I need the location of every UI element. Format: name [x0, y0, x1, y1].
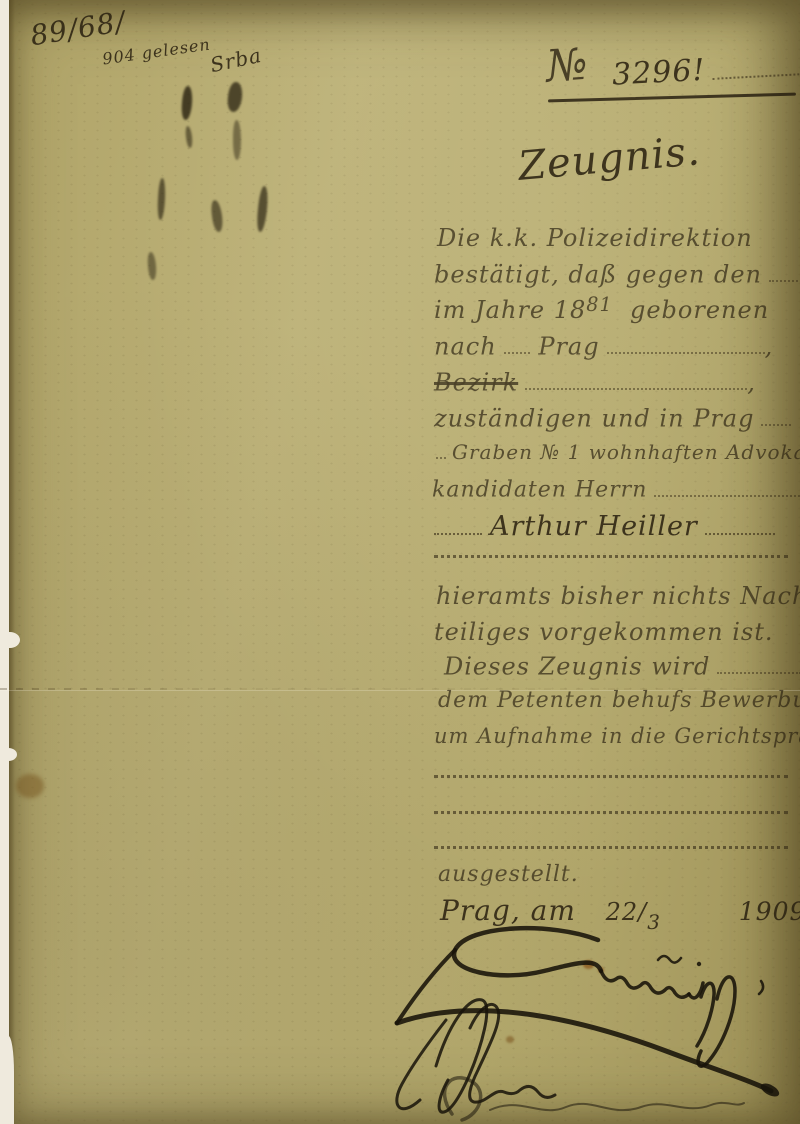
body-line-3: im Jahre 1881 geborenen — [434, 296, 769, 324]
ink-smudge-5 — [157, 178, 166, 220]
dotted-fill — [607, 332, 765, 354]
scan-edge-left — [0, 0, 9, 1124]
stain-rust-2 — [598, 967, 604, 973]
body-line-3a-text: im Jahre 18 — [434, 296, 586, 324]
body-line-6: zuständigen und in Prag — [434, 404, 791, 432]
dateline-day: 22/ — [606, 898, 648, 926]
body-line-3b-text: 81 — [586, 293, 612, 316]
ink-smudge-6 — [210, 200, 224, 233]
body-line-14-text: um Aufnahme in die Gerichtspraxis — [434, 724, 800, 748]
ref-number-text: 89/68/ — [28, 5, 128, 53]
doc-number-text: 3296! — [611, 53, 706, 93]
body-line-4a-text: nach — [434, 332, 497, 360]
body-line-1: Die k.k. Polizeidirektion — [437, 224, 753, 252]
dotted-fill — [769, 260, 800, 282]
dotted-fill — [761, 404, 791, 426]
ink-smudge-8 — [147, 252, 157, 280]
dateline-year: 1909.. — [739, 897, 800, 926]
body-line-14: um Aufnahme in die Gerichtspraxis — [434, 724, 800, 748]
recipient-name: Arthur Heiller — [490, 511, 698, 542]
torn-notch-1 — [0, 632, 20, 648]
body-line-5b-text: , — [747, 368, 756, 396]
doc-number: 3296! — [611, 47, 800, 93]
dotted-fill — [434, 510, 482, 535]
body-line-8: kandidaten Herrn — [432, 476, 800, 503]
dateline: Prag, am 22/3 1909.. — [440, 894, 800, 927]
body-line-12-text: Dieses Zeugnis wird — [444, 652, 710, 680]
stain-rust-3 — [506, 1036, 514, 1043]
ref-note-text: 904 gelesen — [101, 35, 211, 69]
body-line-5-struck-word: Bezirk — [434, 368, 518, 396]
body-line-4b-text: Prag — [538, 332, 599, 360]
ink-smudge-3 — [226, 81, 244, 113]
body-line-4c-text: , — [765, 332, 774, 360]
stain-brown-left — [16, 774, 44, 798]
dotted-fill — [705, 510, 775, 535]
doc-number-dotted-fill — [711, 47, 800, 79]
body-line-10: hieramts bisher nichts Nach- — [436, 582, 800, 610]
ref-initials-text: Srba — [208, 43, 264, 77]
ink-smudge-4 — [233, 120, 241, 160]
dotted-fill — [654, 476, 800, 497]
document-page: 89/68/ 904 gelesen Srba № 3296! Zeugnis.… — [0, 0, 800, 1124]
body-line-9: Arthur Heiller — [434, 510, 775, 542]
dotted-fill — [436, 440, 446, 459]
body-line-1-text: Die k.k. Polizeidirektion — [437, 224, 753, 252]
body-line-10-text: hieramts bisher nichts Nach- — [436, 582, 800, 610]
body-line-11-text: teiliges vorgekommen ist. — [434, 618, 774, 646]
dotted-fill — [525, 368, 747, 390]
body-line-13: dem Petenten behufs Bewerbung — [438, 688, 800, 713]
signature-primary — [397, 928, 781, 1099]
body-line-4: nach Prag, — [434, 332, 773, 360]
dotted-fill — [504, 332, 530, 354]
dateline-place: Prag, am — [440, 894, 576, 927]
dotted-line-4 — [434, 843, 788, 849]
ink-smudge-1 — [181, 86, 194, 121]
body-line-7: Graben № 1 wohnhaften Advokaten, — [436, 440, 800, 464]
signature-secondary — [397, 1000, 555, 1113]
closing-word: ausgestellt. — [438, 862, 579, 887]
body-line-13-text: dem Petenten behufs Bewerbung — [438, 688, 800, 713]
body-line-3c-text: geborenen — [630, 296, 769, 324]
ref-note: 904 gelesen — [101, 35, 211, 69]
dotted-fill — [717, 652, 800, 674]
page-title-text: Zeugnis. — [516, 128, 702, 190]
body-line-11: teiliges vorgekommen ist. — [434, 618, 774, 646]
body-line-5: Bezirk, — [434, 368, 756, 396]
ref-number: 89/68/ — [28, 5, 128, 53]
closing-word-text: ausgestellt. — [438, 862, 579, 887]
body-line-6-text: zuständigen und in Prag — [434, 404, 754, 432]
ref-initials: Srba — [208, 43, 264, 77]
body-line-12: Dieses Zeugnis wird — [444, 652, 800, 680]
dateline-month: 3 — [647, 910, 661, 934]
doc-number-underline — [548, 93, 796, 103]
torn-notch-2 — [0, 748, 17, 761]
body-line-8-text: kandidaten Herrn — [432, 478, 647, 503]
dotted-line-2 — [434, 772, 788, 778]
stain-rust-1 — [583, 960, 594, 969]
doc-number-prefix: № — [544, 39, 590, 93]
paper-edge-shadow — [9, 0, 15, 1124]
body-line-7-text: Graben № 1 wohnhaften Advokaten, — [452, 440, 800, 464]
signature-bottom-partial — [445, 1078, 744, 1120]
body-line-2-text: bestätigt, daß gegen den — [434, 260, 762, 288]
body-line-2: bestätigt, daß gegen den — [434, 260, 800, 288]
ink-smudge-2 — [185, 126, 193, 149]
dotted-line-1 — [434, 552, 788, 558]
page-title: Zeugnis. — [516, 128, 702, 190]
doc-number-prefix-text: № — [544, 39, 590, 93]
torn-corner-bottom-left — [0, 1036, 14, 1124]
dotted-line-3 — [434, 808, 788, 814]
ink-smudge-7 — [256, 186, 270, 233]
